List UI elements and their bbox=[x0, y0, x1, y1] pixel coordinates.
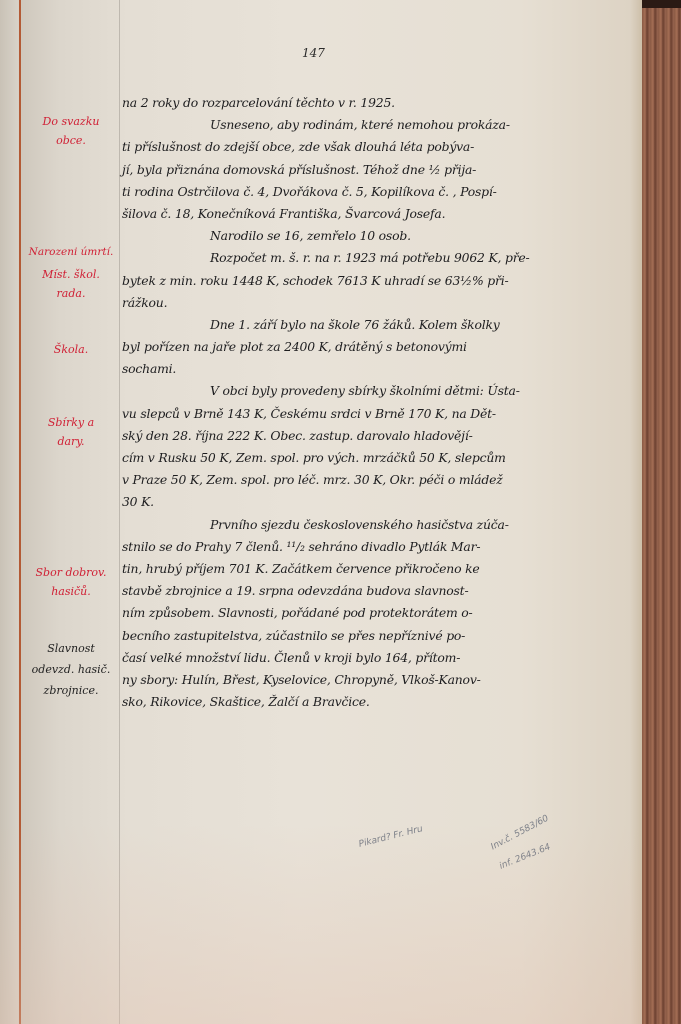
margin-note-line: odevzd. hasič. bbox=[22, 659, 120, 680]
margin-note-line: Slavnost bbox=[22, 638, 120, 659]
text-line: cím v Rusku 50 K, Zem. spol. pro vých. m… bbox=[122, 447, 637, 469]
margin-note-line: obce. bbox=[22, 131, 120, 150]
text-line: V obci byly provedeny sbírky školními dě… bbox=[122, 380, 637, 402]
text-line: tin, hrubý příjem 701 K. Začátkem červen… bbox=[122, 558, 637, 580]
text-line: Rozpočet m. š. r. na r. 1923 má potřebu … bbox=[122, 247, 637, 269]
text-line: Prvního sjezdu československého hasičstv… bbox=[122, 514, 637, 536]
text-line: rážkou. bbox=[122, 292, 637, 314]
text-line: bytek z min. roku 1448 K, schodek 7613 K… bbox=[122, 270, 637, 292]
text-line: ti rodina Ostrčilova č. 4, Dvořákova č. … bbox=[122, 181, 637, 203]
margin-note-line: rada. bbox=[22, 284, 120, 303]
book-edge-shadow bbox=[642, 0, 681, 8]
margin-note-line: Sbírky a bbox=[22, 413, 120, 432]
pencil-annotation: Pikard? Fr. Hru bbox=[358, 824, 424, 850]
margin-note-slavnost: Slavnost odevzd. hasič. zbrojnice. bbox=[22, 638, 120, 701]
red-margin-rule bbox=[19, 0, 21, 1024]
text-line: stavbě zbrojnice a 19. srpna odevzdána b… bbox=[122, 580, 637, 602]
page-number: 147 bbox=[302, 46, 325, 60]
text-line: sochami. bbox=[122, 358, 637, 380]
margin-note-line: Míst. škol. bbox=[22, 265, 120, 284]
margin-note-line: dary. bbox=[22, 432, 120, 451]
margin-note-skola: Škola. bbox=[22, 340, 120, 359]
text-line: ti příslušnost do zdejší obce, zde však … bbox=[122, 136, 637, 158]
text-line: časí velké množství lidu. Členů v kroji … bbox=[122, 647, 637, 669]
text-line: byl pořízen na jaře plot za 2400 K, drát… bbox=[122, 336, 637, 358]
margin-note-narozeni: Narozeni úmrtí. bbox=[22, 243, 120, 262]
margin-note-line: Do svazku bbox=[22, 112, 120, 131]
text-line: ský den 28. října 222 K. Obec. zastup. d… bbox=[122, 425, 637, 447]
margin-note-line: Škola. bbox=[22, 340, 120, 359]
text-line: becního zastupitelstva, zúčastnilo se př… bbox=[122, 625, 637, 647]
margin-note-sbirky: Sbírky a dary. bbox=[22, 413, 120, 451]
margin-note-line: zbrojnice. bbox=[22, 680, 120, 701]
margin-note-line: Narozeni úmrtí. bbox=[22, 243, 120, 262]
text-line: šilova č. 18, Konečníková Františka, Šva… bbox=[122, 203, 637, 225]
margin-note-line: hasičů. bbox=[22, 582, 120, 601]
text-line: sko, Rikovice, Skaštice, Žalčí a Bravčic… bbox=[122, 691, 637, 713]
pencil-annotation: Inv.č. 5583/60 bbox=[489, 814, 550, 853]
margin-note-skolni-rada: Míst. škol. rada. bbox=[22, 265, 120, 303]
pencil-annotation: inf. 2643.64 bbox=[498, 842, 552, 872]
text-line: ním způsobem. Slavnosti, pořádané pod pr… bbox=[122, 602, 637, 624]
margin-rule bbox=[119, 0, 120, 1024]
text-line: ny sbory: Hulín, Břest, Kyselovice, Chro… bbox=[122, 669, 637, 691]
margin-note-hasici: Sbor dobrov. hasičů. bbox=[22, 563, 120, 601]
margin-note-line: Sbor dobrov. bbox=[22, 563, 120, 582]
text-line: Dne 1. září bylo na škole 76 žáků. Kolem… bbox=[122, 314, 637, 336]
text-line: stnilo se do Prahy 7 členů. ¹¹/₂ sehráno… bbox=[122, 536, 637, 558]
text-line: v Praze 50 K, Zem. spol. pro léč. mrz. 3… bbox=[122, 469, 637, 491]
text-line: 30 K. bbox=[122, 491, 637, 513]
chronicle-body: na 2 roky do rozparcelování těchto v r. … bbox=[122, 92, 637, 713]
text-line: Narodilo se 16, zemřelo 10 osob. bbox=[122, 225, 637, 247]
margin-note-obce: Do svazku obce. bbox=[22, 112, 120, 150]
book-page-edges bbox=[642, 0, 681, 1024]
text-line: vu slepců v Brně 143 K, Českému srdci v … bbox=[122, 403, 637, 425]
text-line: na 2 roky do rozparcelování těchto v r. … bbox=[122, 92, 637, 114]
chronicle-page: 147 Do svazku obce. Narozeni úmrtí. Míst… bbox=[0, 0, 642, 1024]
text-line: jí, byla přiznána domovská příslušnost. … bbox=[122, 159, 637, 181]
text-line: Usneseno, aby rodinám, které nemohou pro… bbox=[122, 114, 637, 136]
